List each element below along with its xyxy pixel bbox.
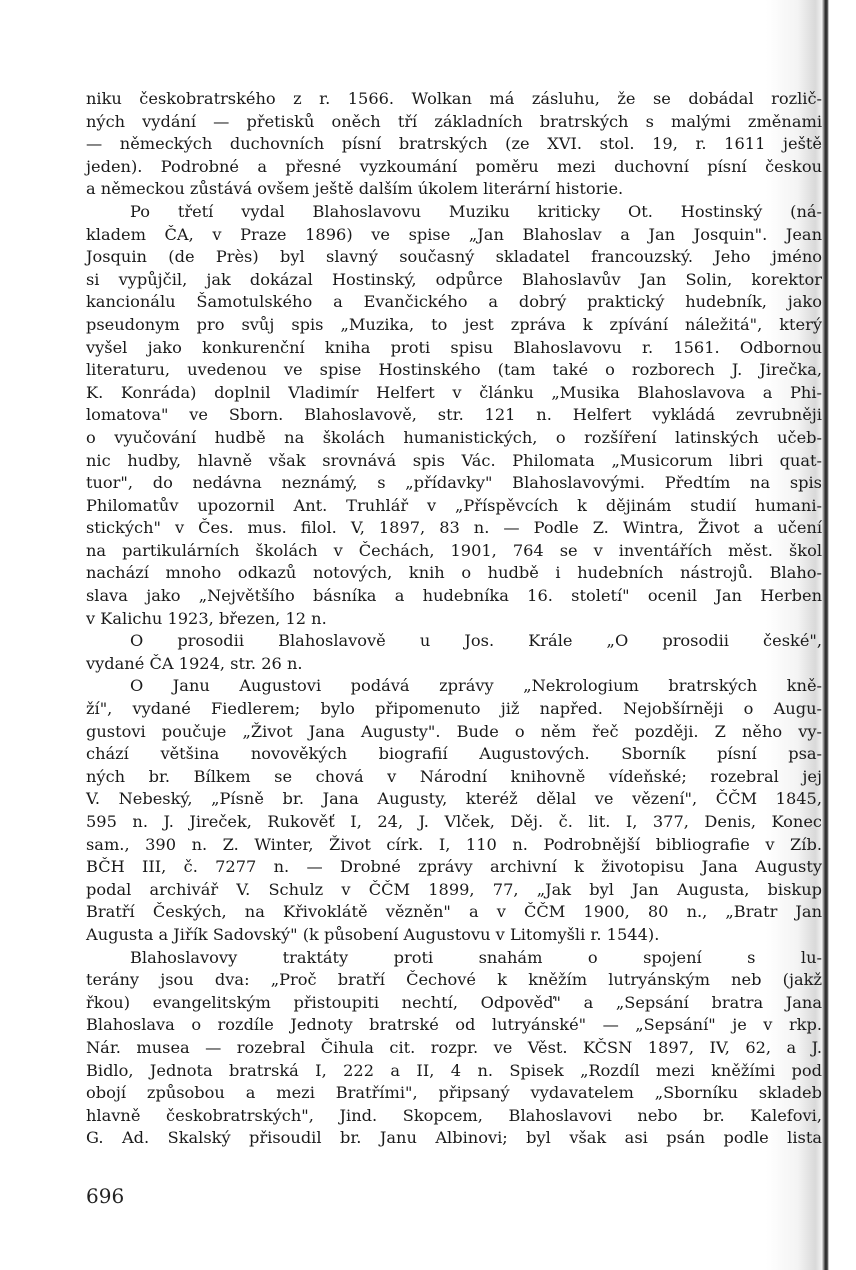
text-line: o vyučování hudbě na školách humanistick… [86,427,822,450]
text-line: Philomatův upozornil Ant. Truhlář v „Pří… [86,495,822,518]
text-line: na partikulárních školách v Čechách, 190… [86,540,822,563]
text-line: podal archivář V. Schulz v ČČM 1899, 77,… [86,879,822,902]
text-line: kancionálu Šamotulského a Evančického a … [86,291,822,314]
text-line: ných vydání — přetisků oněch tří základn… [86,111,822,134]
text-line: O prosodii Blahoslavově u Jos. Krále „O … [86,630,822,653]
text-line: O Janu Augustovi podává zprávy „Nekrolog… [86,675,822,698]
text-line: vyšel jako konkurenční kniha proti spisu… [86,337,822,360]
page-number: 696 [86,1184,124,1208]
text-line: jeden). Podrobné a přesné vyzkoumání pom… [86,156,822,179]
text-line: nic hudby, hlavně však srovnává spis Vác… [86,450,822,473]
text-line: slava jako „Největšího básníka a hudební… [86,585,822,608]
text-line: Blahoslavovy traktáty proti snahám o spo… [86,947,822,970]
text-line: ných br. Bílkem se chová v Národní kniho… [86,766,822,789]
text-line: 595 n. J. Jireček, Rukověť I, 24, J. Vlč… [86,811,822,834]
text-line: pseudonym pro svůj spis „Muzika, to jest… [86,314,822,337]
text-line: K. Konráda) doplnil Vladimír Helfert v č… [86,382,822,405]
text-line: G. Ad. Skalský přisoudil br. Janu Albino… [86,1127,822,1150]
text-line: niku českobratrského z r. 1566. Wolkan m… [86,88,822,111]
text-line: lomatova" ve Sborn. Blahoslavově, str. 1… [86,404,822,427]
text-line: literaturu, uvedenou ve spise Hostinskéh… [86,359,822,382]
text-line: vydané ČA 1924, str. 26 n. [86,653,822,676]
text-line: hlavně českobratrských", Jind. Skopcem, … [86,1105,822,1128]
text-line: gustovi poučuje „Život Jana Augusty". Bu… [86,721,822,744]
text-line: Blahoslava o rozdíle Jednoty bratrské od… [86,1014,822,1037]
text-line: obojí způsobou a mezi Bratřími", připsan… [86,1082,822,1105]
text-line: Augusta a Jiřík Sadovský" (k působení Au… [86,924,822,947]
text-line: a německou zůstává ovšem ještě dalším úk… [86,178,822,201]
text-line: tuor", do nedávna neznámý, s „přídavky" … [86,472,822,495]
text-line: Bidlo, Jednota bratrská I, 222 a II, 4 n… [86,1060,822,1083]
text-line: chází většina novověkých biografií Augus… [86,743,822,766]
text-line: si vypůjčil, jak dokázal Hostinský, odpů… [86,269,822,292]
text-line: V. Nebeský, „Písně br. Jana Augusty, kte… [86,788,822,811]
text-line: Bratří Českých, na Křivoklátě vězněn" a … [86,901,822,924]
text-line: stických" v Čes. mus. filol. V, 1897, 83… [86,517,822,540]
text-line: sam., 390 n. Z. Winter, Život círk. I, 1… [86,834,822,857]
text-line: nachází mnoho odkazů notových, knih o hu… [86,562,822,585]
text-line: řkou) evangelitským přistoupiti nechtí, … [86,992,822,1015]
text-line: kladem ČA, v Praze 1896) ve spise „Jan B… [86,224,822,247]
text-line: ží", vydané Fiedlerem; bylo připomenuto … [86,698,822,721]
text-line: — německých duchovních písní bratrských … [86,133,822,156]
text-line: Nár. musea — rozebral Čihula cit. rozpr.… [86,1037,822,1060]
text-line: Josquin (de Près) byl slavný současný sk… [86,246,822,269]
text-line: Po třetí vydal Blahoslavovu Muziku kriti… [86,201,822,224]
text-line: terány jsou dva: „Proč bratří Čechové k … [86,969,822,992]
page-body-text: niku českobratrského z r. 1566. Wolkan m… [86,88,822,1150]
text-line: BČH III, č. 7277 n. — Drobné zprávy arch… [86,856,822,879]
text-line: v Kalichu 1923, březen, 12 n. [86,608,822,631]
